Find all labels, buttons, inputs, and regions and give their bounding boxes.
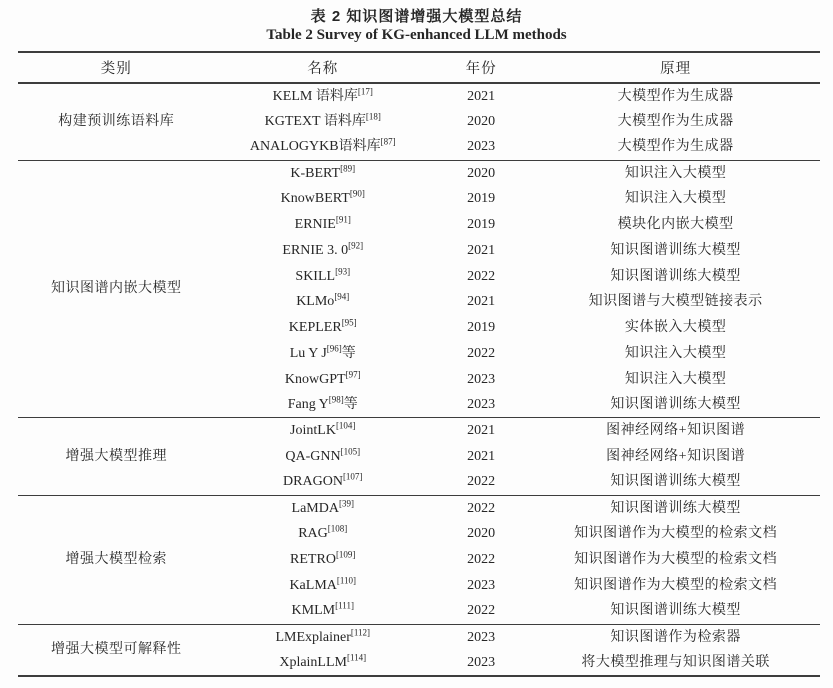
model-name-cell: KMLM[111] [214,598,431,624]
citation-superscript: [39] [339,498,354,508]
model-name-cell: KnowBERT[90] [214,186,431,212]
model-name-cell: KaLMA[110] [214,573,431,599]
table-row: 增强大模型可解释性LMExplainer[112]2023知识图谱作为检索器 [18,624,820,650]
citation-superscript: [98] [329,394,344,404]
kg-survey-table-wrap: 类别 名称 年份 原理 构建预训练语料库KELM 语料库[17]2021大模型作… [18,51,820,677]
principle-cell: 图神经网络+知识图谱 [531,418,820,444]
principle-cell: 知识图谱与大模型链接表示 [531,289,820,315]
principle-cell: 知识图谱训练大模型 [531,598,820,624]
principle-cell: 大模型作为生成器 [531,109,820,135]
citation-superscript: [17] [358,86,373,96]
citation-superscript: [18] [366,111,381,121]
principle-cell: 知识图谱训练大模型 [531,392,820,418]
model-name-cell: LMExplainer[112] [214,624,431,650]
principle-cell: 知识图谱训练大模型 [531,238,820,264]
year-cell: 2021 [431,83,531,109]
year-cell: 2021 [431,289,531,315]
category-cell: 知识图谱内嵌大模型 [18,160,214,418]
column-header-principle: 原理 [531,52,820,83]
category-cell: 增强大模型检索 [18,495,214,624]
principle-cell: 大模型作为生成器 [531,135,820,161]
year-cell: 2019 [431,212,531,238]
principle-cell: 知识图谱作为大模型的检索文档 [531,547,820,573]
citation-superscript: [110] [337,575,356,585]
category-cell: 增强大模型可解释性 [18,624,214,676]
year-cell: 2022 [431,469,531,495]
model-name-cell: ERNIE 3. 0[92] [214,238,431,264]
kg-survey-table: 类别 名称 年份 原理 构建预训练语料库KELM 语料库[17]2021大模型作… [18,51,820,677]
citation-superscript: [91] [336,214,351,224]
model-name-cell: DRAGON[107] [214,469,431,495]
year-cell: 2019 [431,186,531,212]
model-name-cell: KnowGPT[97] [214,366,431,392]
model-name-cell: ANALOGYKB语料库[87] [214,135,431,161]
year-cell: 2023 [431,650,531,676]
model-name-cell: KEPLER[95] [214,315,431,341]
year-cell: 2020 [431,521,531,547]
paper-page: 表 2 知识图谱增强大模型总结 Table 2 Survey of KG-enh… [0,0,833,688]
principle-cell: 将大模型推理与知识图谱关联 [531,650,820,676]
citation-superscript: [114] [347,652,366,662]
table-title-zh: 表 2 知识图谱增强大模型总结 [0,5,833,26]
model-name-cell: JointLK[104] [214,418,431,444]
principle-cell: 知识图谱作为大模型的检索文档 [531,573,820,599]
year-cell: 2020 [431,109,531,135]
table-header: 类别 名称 年份 原理 [18,52,820,83]
table-row: 增强大模型推理JointLK[104]2021图神经网络+知识图谱 [18,418,820,444]
citation-superscript: [93] [335,266,350,276]
category-cell: 增强大模型推理 [18,418,214,495]
year-cell: 2021 [431,238,531,264]
table-title-en: Table 2 Survey of KG-enhanced LLM method… [0,27,833,44]
citation-superscript: [107] [343,472,363,482]
principle-cell: 知识图谱作为大模型的检索文档 [531,521,820,547]
table-row: 增强大模型检索LaMDA[39]2022知识图谱训练大模型 [18,495,820,521]
citation-superscript: [112] [351,627,370,637]
column-header-name: 名称 [214,52,431,83]
model-name-cell: QA-GNN[105] [214,444,431,470]
principle-cell: 知识注入大模型 [531,366,820,392]
year-cell: 2023 [431,392,531,418]
principle-cell: 知识注入大模型 [531,160,820,186]
principle-cell: 大模型作为生成器 [531,83,820,109]
year-cell: 2022 [431,547,531,573]
year-cell: 2023 [431,135,531,161]
model-name-cell: K-BERT[89] [214,160,431,186]
table-row: 知识图谱内嵌大模型K-BERT[89]2020知识注入大模型 [18,160,820,186]
principle-cell: 图神经网络+知识图谱 [531,444,820,470]
citation-superscript: [96] [327,343,342,353]
model-name-cell: RETRO[109] [214,547,431,573]
model-name-cell: LaMDA[39] [214,495,431,521]
principle-cell: 知识图谱作为检索器 [531,624,820,650]
principle-cell: 知识图谱训练大模型 [531,495,820,521]
principle-cell: 知识注入大模型 [531,186,820,212]
model-name-cell: KLMo[94] [214,289,431,315]
year-cell: 2021 [431,444,531,470]
year-cell: 2023 [431,624,531,650]
citation-superscript: [108] [328,524,348,534]
year-cell: 2023 [431,573,531,599]
citation-superscript: [94] [334,292,349,302]
year-cell: 2022 [431,263,531,289]
category-cell: 构建预训练语料库 [18,83,214,160]
year-cell: 2019 [431,315,531,341]
citation-superscript: [111] [335,601,354,611]
year-cell: 2022 [431,495,531,521]
table-row: 构建预训练语料库KELM 语料库[17]2021大模型作为生成器 [18,83,820,109]
citation-superscript: [104] [336,421,356,431]
column-header-category: 类别 [18,52,214,83]
model-name-cell: Fang Y[98]等 [214,392,431,418]
citation-superscript: [90] [350,189,365,199]
citation-superscript: [92] [348,240,363,250]
model-name-cell: XplainLLM[114] [214,650,431,676]
principle-cell: 知识图谱训练大模型 [531,469,820,495]
citation-superscript: [97] [346,369,361,379]
column-header-year: 年份 [431,52,531,83]
citation-superscript: [87] [381,137,396,147]
principle-cell: 知识图谱训练大模型 [531,263,820,289]
citation-superscript: [95] [342,317,357,327]
model-name-cell: ERNIE[91] [214,212,431,238]
citation-superscript: [105] [341,446,361,456]
model-name-cell: RAG[108] [214,521,431,547]
year-cell: 2023 [431,366,531,392]
year-cell: 2021 [431,418,531,444]
model-name-cell: KELM 语料库[17] [214,83,431,109]
principle-cell: 知识注入大模型 [531,341,820,367]
citation-superscript: [89] [340,163,355,173]
year-cell: 2022 [431,341,531,367]
model-name-cell: Lu Y J[96]等 [214,341,431,367]
model-name-cell: SKILL[93] [214,263,431,289]
year-cell: 2022 [431,598,531,624]
principle-cell: 实体嵌入大模型 [531,315,820,341]
model-name-cell: KGTEXT 语料库[18] [214,109,431,135]
year-cell: 2020 [431,160,531,186]
citation-superscript: [109] [336,549,356,559]
table-body: 构建预训练语料库KELM 语料库[17]2021大模型作为生成器KGTEXT 语… [18,83,820,676]
principle-cell: 模块化内嵌大模型 [531,212,820,238]
header-row: 类别 名称 年份 原理 [18,52,820,83]
